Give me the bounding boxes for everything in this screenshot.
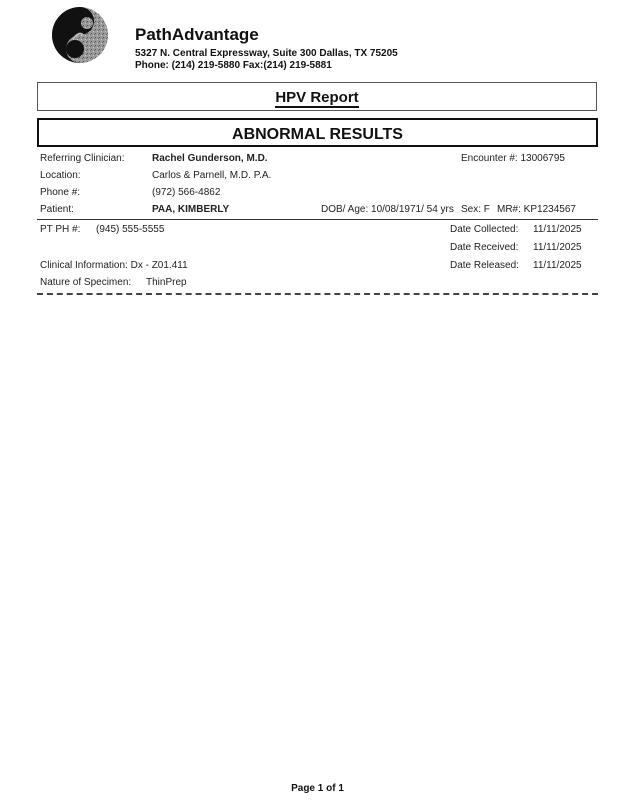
date-released-label: Date Released:: [450, 260, 519, 271]
patient-label: Patient:: [40, 204, 74, 215]
date-released-value: 11/11/2025: [533, 260, 582, 271]
nature-of-specimen-label: Nature of Specimen:: [40, 277, 131, 288]
date-collected-value: 11/11/2025: [533, 224, 582, 235]
pt-phone-value: (945) 555-5555: [96, 224, 164, 235]
pt-phone-label: PT PH #:: [40, 224, 80, 235]
report-title-box: HPV Report: [37, 82, 597, 111]
divider: [37, 219, 598, 220]
date-collected-label: Date Collected:: [450, 224, 518, 235]
clinical-information: Clinical Information: Dx - Z01.411: [40, 260, 188, 271]
page-number: Page 1 of 1: [0, 783, 635, 794]
location-value: Carlos & Parnell, M.D. P.A.: [152, 170, 271, 181]
encounter-number: Encounter #: 13006795: [461, 153, 565, 164]
date-received-value: 11/11/2025: [533, 242, 582, 253]
status-banner: ABNORMAL RESULTS: [37, 118, 598, 147]
phone-fax: Phone: (214) 219-5880 Fax:(214) 219-5881: [135, 60, 398, 72]
patient-mr-number: MR#: KP1234567: [497, 204, 576, 215]
address: 5327 N. Central Expressway, Suite 300 Da…: [135, 48, 398, 60]
location-label: Location:: [40, 170, 81, 181]
patient-dob-age: DOB/ Age: 10/08/1971/ 54 yrs: [321, 204, 454, 215]
referring-clinician-label: Referring Clinician:: [40, 153, 124, 164]
phone-label: Phone #:: [40, 187, 80, 198]
nature-of-specimen-value: ThinPrep: [146, 277, 187, 288]
phone-value: (972) 566-4862: [152, 187, 220, 198]
report-title: HPV Report: [275, 89, 358, 108]
brand-name: PathAdvantage: [135, 25, 259, 45]
yin-yang-logo-icon: [51, 5, 109, 65]
patient-name: PAA, KIMBERLY: [152, 204, 229, 215]
brand-contact: 5327 N. Central Expressway, Suite 300 Da…: [135, 48, 398, 72]
status-banner-text: ABNORMAL RESULTS: [39, 126, 596, 144]
dashed-divider: [37, 293, 598, 295]
patient-sex: Sex: F: [461, 204, 490, 215]
referring-clinician-value: Rachel Gunderson, M.D.: [152, 153, 268, 164]
date-received-label: Date Received:: [450, 242, 518, 253]
